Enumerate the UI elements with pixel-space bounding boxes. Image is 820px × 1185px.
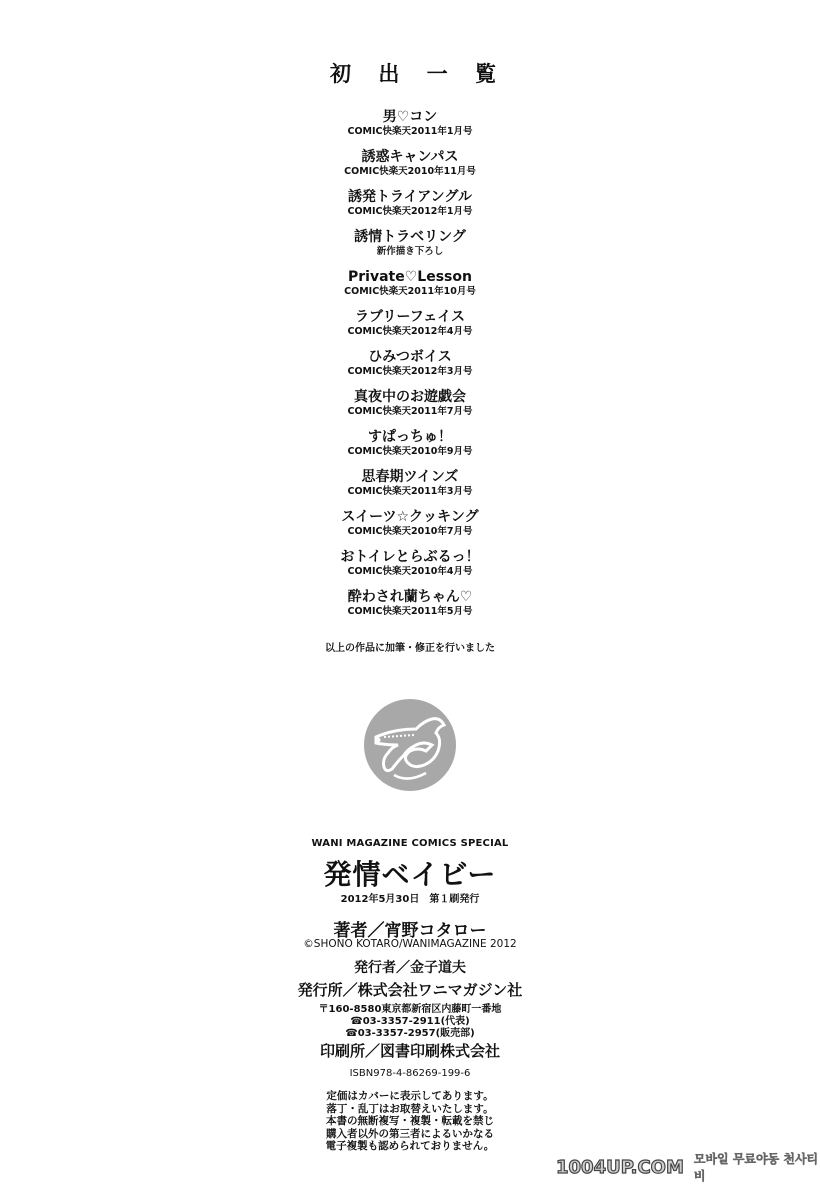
story-title: 誘情トラベリング bbox=[0, 228, 820, 246]
story-source: COMIC快楽天2010年11月号 bbox=[0, 166, 820, 178]
story-source: COMIC快楽天2012年4月号 bbox=[0, 326, 820, 338]
story-title: 男♡コン bbox=[0, 108, 820, 126]
phone-sales: ☎03-3357-2957(販売部) bbox=[0, 1024, 820, 1039]
publisher: 発行者／金子道夫 bbox=[0, 957, 820, 977]
story-source: COMIC快楽天2012年1月号 bbox=[0, 206, 820, 218]
list-item: ラブリーフェイスCOMIC快楽天2012年4月号 bbox=[0, 308, 820, 348]
story-source: COMIC快楽天2011年1月号 bbox=[0, 126, 820, 138]
story-source: COMIC快楽天2010年4月号 bbox=[0, 566, 820, 578]
first-appearance-list: 男♡コンCOMIC快楽天2011年1月号 誘惑キャンパスCOMIC快楽天2010… bbox=[0, 108, 820, 628]
list-item: 男♡コンCOMIC快楽天2011年1月号 bbox=[0, 108, 820, 148]
list-item: おトイレとらぶるっ！COMIC快楽天2010年4月号 bbox=[0, 548, 820, 588]
printer: 印刷所／図書印刷株式会社 bbox=[0, 1040, 820, 1061]
list-item: 誘情トラベリング新作描き下ろし bbox=[0, 228, 820, 268]
notice-line: 落丁・乱丁はお取替えいたします。 bbox=[0, 1103, 820, 1116]
story-title: 思春期ツインズ bbox=[0, 468, 820, 486]
notice-line: 定価はカバーに表示してあります。 bbox=[0, 1090, 820, 1103]
story-title: 真夜中のお遊戯会 bbox=[0, 388, 820, 406]
story-source: COMIC快楽天2011年5月号 bbox=[0, 606, 820, 618]
publication-date: 2012年5月30日 第１刷発行 bbox=[0, 890, 820, 905]
story-title: すぱっちゅ！ bbox=[0, 428, 820, 446]
notice-line: 購入者以外の第三者によるいかなる bbox=[0, 1128, 820, 1141]
revision-note: 以上の作品に加筆・修正を行いました bbox=[0, 639, 820, 654]
list-item: Private♡LessonCOMIC快楽天2011年10月号 bbox=[0, 268, 820, 308]
series-name: WANI MAGAZINE COMICS SPECIAL bbox=[0, 838, 820, 849]
story-title: Private♡Lesson bbox=[0, 268, 820, 286]
watermark-text: 모바일 무료야동 천사티비 bbox=[694, 1150, 820, 1184]
story-source: COMIC快楽天2011年7月号 bbox=[0, 406, 820, 418]
page-heading: 初 出 一 覧 bbox=[0, 58, 820, 88]
crocodile-emblem-icon bbox=[364, 699, 456, 791]
list-item: 誘発トライアングルCOMIC快楽天2012年1月号 bbox=[0, 188, 820, 228]
list-item: 誘惑キャンパスCOMIC快楽天2010年11月号 bbox=[0, 148, 820, 188]
story-title: 誘発トライアングル bbox=[0, 188, 820, 206]
publishing-company: 発行所／株式会社ワニマガジン社 bbox=[0, 979, 820, 1000]
story-title: ラブリーフェイス bbox=[0, 308, 820, 326]
list-item: すぱっちゅ！COMIC快楽天2010年9月号 bbox=[0, 428, 820, 468]
story-title: 誘惑キャンパス bbox=[0, 148, 820, 166]
story-title: 酔わされ蘭ちゃん♡ bbox=[0, 588, 820, 606]
list-item: スイーツ☆クッキングCOMIC快楽天2010年7月号 bbox=[0, 508, 820, 548]
list-item: ひみつボイスCOMIC快楽天2012年3月号 bbox=[0, 348, 820, 388]
story-source: COMIC快楽天2010年9月号 bbox=[0, 446, 820, 458]
story-source: COMIC快楽天2011年10月号 bbox=[0, 286, 820, 298]
book-title: 発情ベイビー bbox=[0, 853, 820, 893]
story-source: COMIC快楽天2011年3月号 bbox=[0, 486, 820, 498]
list-item: 真夜中のお遊戯会COMIC快楽天2011年7月号 bbox=[0, 388, 820, 428]
copyright: ©SHONO KOTARO/WANIMAGAZINE 2012 bbox=[0, 938, 820, 950]
story-title: スイーツ☆クッキング bbox=[0, 508, 820, 526]
list-item: 思春期ツインズCOMIC快楽天2011年3月号 bbox=[0, 468, 820, 508]
notice-line: 本書の無断複写・複製・転載を禁じ bbox=[0, 1115, 820, 1128]
legal-notice: 定価はカバーに表示してあります。 落丁・乱丁はお取替えいたします。 本書の無断複… bbox=[0, 1090, 820, 1153]
story-source: COMIC快楽天2012年3月号 bbox=[0, 366, 820, 378]
story-source: COMIC快楽天2010年7月号 bbox=[0, 526, 820, 538]
story-title: おトイレとらぶるっ！ bbox=[0, 548, 820, 566]
story-title: ひみつボイス bbox=[0, 348, 820, 366]
watermark: 1004UP.COM 모바일 무료야동 천사티비 bbox=[556, 1157, 820, 1177]
list-item: 酔わされ蘭ちゃん♡COMIC快楽天2011年5月号 bbox=[0, 588, 820, 628]
watermark-logo: 1004UP.COM bbox=[556, 1157, 684, 1178]
isbn: ISBN978-4-86269-199-6 bbox=[0, 1068, 820, 1079]
story-source: 新作描き下ろし bbox=[0, 246, 820, 258]
